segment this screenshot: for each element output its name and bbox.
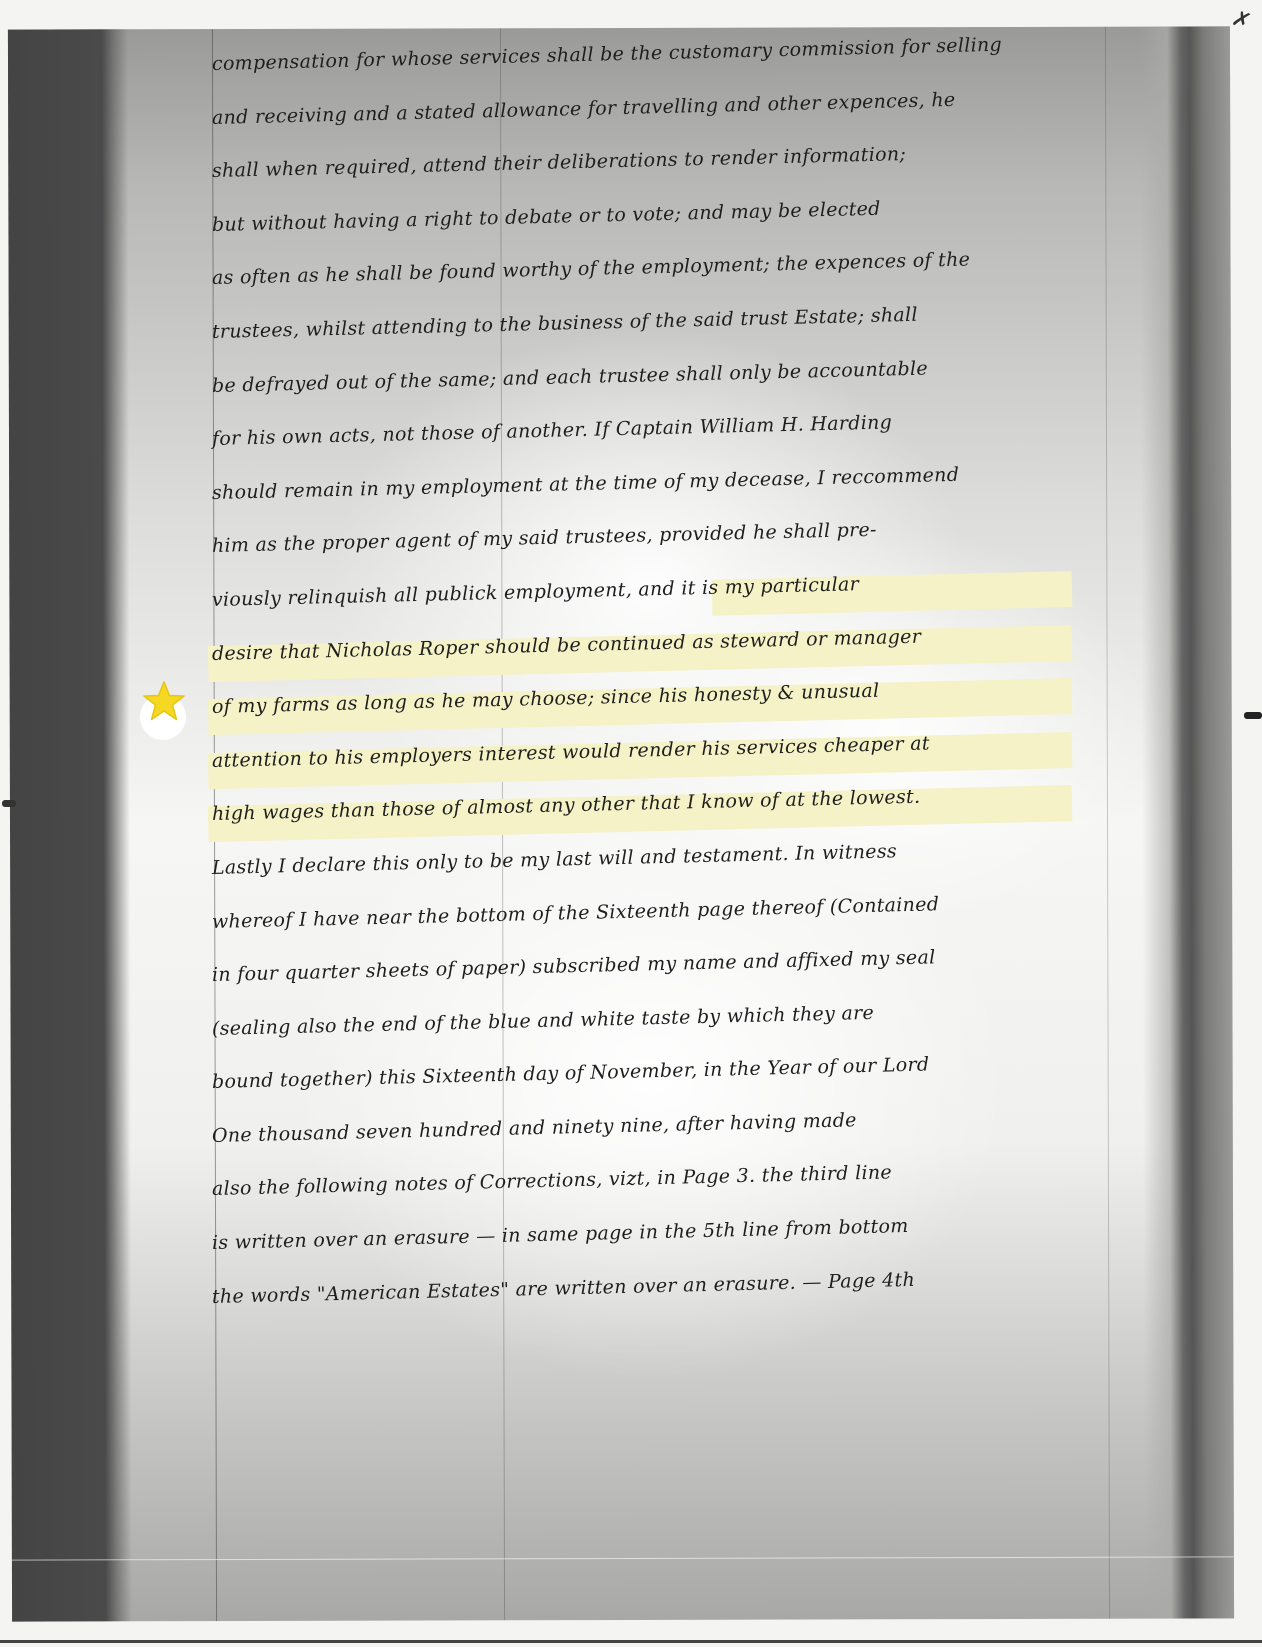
corner-mark-icon: ✗ xyxy=(1228,6,1254,36)
right-edge-shadow xyxy=(1140,26,1234,1618)
star-icon xyxy=(142,680,186,722)
star-annotation[interactable] xyxy=(138,680,190,740)
left-binding-shadow xyxy=(8,29,132,1621)
left-edge-tick xyxy=(2,800,16,807)
right-edge-tick xyxy=(1244,712,1262,719)
horizontal-fold-line xyxy=(12,1556,1234,1560)
right-margin-rule xyxy=(1105,27,1110,1619)
bottom-page-edge xyxy=(0,1640,1262,1643)
manuscript-text: compensation for whose services shall be… xyxy=(212,38,1072,1324)
